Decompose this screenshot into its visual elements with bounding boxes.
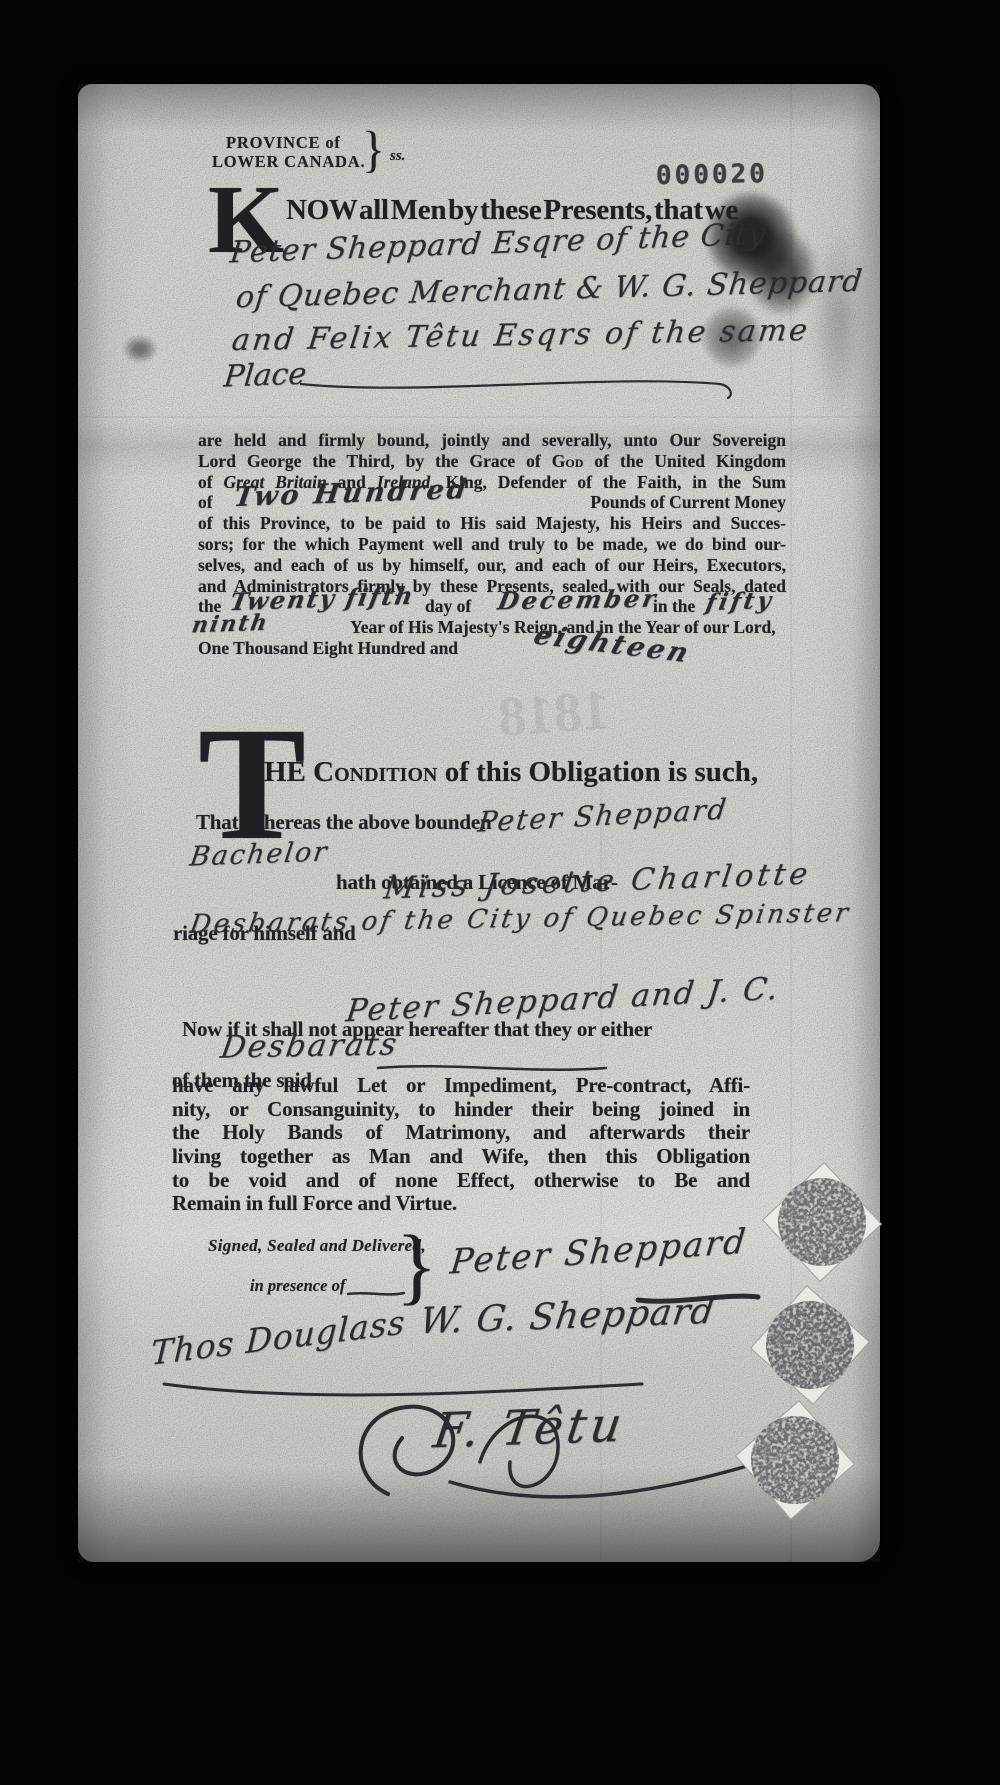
bond-body-line2-god: God	[552, 451, 584, 471]
small-mark-left	[114, 328, 166, 370]
closing-line2: nity, or Consanguinity, to hinder their …	[172, 1098, 750, 1122]
signature-surety2: F. Têtu	[430, 1397, 629, 1460]
handwritten-couple-surname: Desbarats	[218, 1026, 401, 1065]
handwritten-groom-status: Bachelor	[188, 837, 331, 873]
province-caption-line1: PROVINCE of	[226, 133, 341, 153]
bond-body-line9: the Twenty fifth day of December in the …	[198, 596, 786, 617]
attestation-brace: }	[396, 1222, 437, 1308]
pen-flourish-after-place	[300, 372, 750, 402]
handwritten-parties-line3: and Felix Têtu Esqrs of the same	[230, 313, 812, 358]
document-paper: PROVINCE of LOWER CANADA. } ss. 000020 K…	[78, 84, 880, 1562]
bond-body-paragraph: are held and firmly bound, jointly and s…	[198, 430, 786, 659]
bond-body-line3-a: of	[198, 472, 223, 492]
signature-surety1: W. G. Sheppard	[417, 1291, 718, 1343]
closing-line5: to be void and of none Effect, otherwise…	[172, 1169, 750, 1193]
signature-witness: Thos Douglass	[150, 1302, 407, 1373]
closing-line3: the Holy Bands of Matrimony, and afterwa…	[172, 1121, 750, 1145]
closing-line4: living together as Man and Wife, then th…	[172, 1145, 750, 1169]
bond-body-line11-print: One Thousand Eight Hundred and	[198, 638, 458, 658]
condition-heading-condition: Condition	[313, 756, 437, 788]
closing-line6: Remain in full Force and Virtue.	[172, 1192, 750, 1216]
bond-body-line1: are held and firmly bound, jointly and s…	[198, 430, 786, 451]
bond-body-line3-e: King, Defender of the Faith, in the Sum	[435, 472, 786, 492]
caption-brace: }	[362, 121, 385, 179]
edge-smudge-right	[802, 196, 874, 446]
handwritten-regnal-1: fifty	[704, 591, 775, 614]
handwritten-regnal-2: ninth	[190, 613, 270, 637]
scan-background: PROVINCE of LOWER CANADA. } ss. 000020 K…	[0, 0, 1000, 1785]
signature-principal: Peter Sheppard	[448, 1221, 749, 1282]
bond-body-line7: selves, and each of us by himself, our, …	[198, 555, 786, 576]
handwritten-sum: Two Hundred	[233, 480, 471, 509]
handwritten-parties-line2: of Quebec Merchant & W. G. Sheppard	[234, 264, 865, 316]
wax-wafer-seal-3	[715, 1380, 875, 1540]
bond-body-line10: ninth Year of His Majesty's Reign, and i…	[198, 617, 786, 638]
condition-heading: HE Condition of this Obligation is such,	[264, 756, 758, 789]
bond-body-line4-of: of	[198, 492, 213, 512]
bond-body-line2: Lord George the Third, by the Grace of G…	[198, 451, 786, 472]
bond-body-line4: of Two Hundred Pounds of Current Money	[198, 492, 786, 513]
attestation-line1: Signed, Sealed and Delivered,	[208, 1236, 426, 1256]
attestation-line2: in presence of	[250, 1276, 345, 1296]
bond-body-line9-inthe: in the	[653, 596, 695, 617]
bond-body-line11: One Thousand Eight Hundred and eighteen	[198, 638, 786, 659]
bond-body-line6: sors; for the which Payment well and tru…	[198, 534, 786, 555]
bond-body-line4-rest: Pounds of Current Money	[590, 492, 786, 513]
closing-line1: have any lawful Let or Impediment, Pre-c…	[172, 1074, 750, 1098]
handwritten-month: December	[496, 589, 660, 613]
serial-number-stamp: 000020	[656, 159, 768, 191]
condition-heading-rest: of this Obligation is such,	[437, 756, 758, 788]
bond-body-line2-c: of the United Kingdom	[583, 451, 786, 471]
condition-heading-he: HE	[264, 756, 313, 788]
ink-offset-ghost: 1818	[496, 678, 612, 750]
fold-crease-horizontal	[78, 416, 880, 418]
condition-closing-paragraph: have any lawful Let or Impediment, Pre-c…	[172, 1074, 750, 1216]
bond-body-line5: of this Province, to be paid to His said…	[198, 513, 786, 534]
handwritten-parties-line4: Place	[222, 356, 308, 394]
jurat-abbreviation: ss.	[390, 148, 405, 165]
bond-body-line2-a: Lord George the Third, by the Grace of	[198, 451, 552, 471]
bond-body-line9-dayof: day of	[425, 596, 471, 617]
